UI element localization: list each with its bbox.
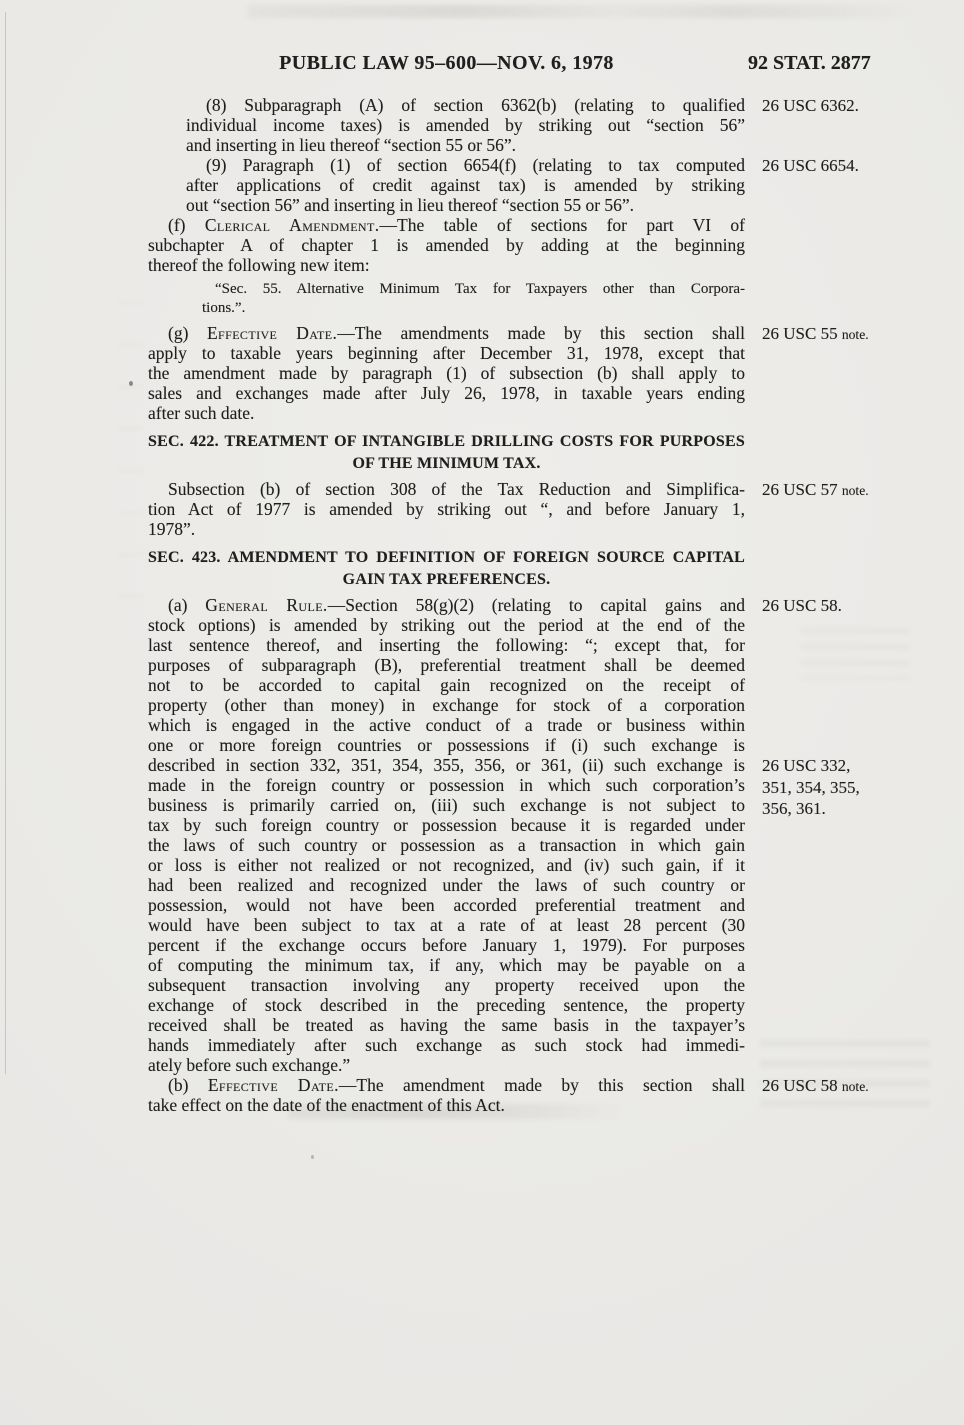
document-body: (8) Subparagraph (A) of section 6362(b) … (148, 95, 745, 1115)
stat-page-number: 92 STAT. 2877 (748, 52, 918, 75)
margin-note-line: 26 USC 57 note. (762, 479, 922, 501)
text-line: possession, would not have been accorded… (148, 895, 745, 915)
margin-note: 26 USC 55 note. (762, 323, 922, 345)
text-line: tax by such foreign country or possessio… (148, 815, 745, 835)
text-line: business is primarily carried on, (iii) … (148, 795, 745, 815)
note-suffix: note. (842, 327, 869, 342)
paragraph: (g) Effective Date.—The amendments made … (148, 323, 745, 423)
margin-note: 26 USC 57 note. (762, 479, 922, 501)
margin-note: 26 USC 58 note. (762, 1075, 922, 1097)
ink-speck (311, 1155, 314, 1159)
paragraph: (a) General Rule.—Section 58(g)(2) (rela… (148, 595, 745, 1075)
text-line: the laws of such country or possession a… (148, 835, 745, 855)
text-line: subchapter A of chapter 1 is amended by … (148, 235, 745, 255)
paragraph: (b) Effective Date.—The amendment made b… (148, 1075, 745, 1115)
text-line: of computing the minimum tax, if any, wh… (148, 955, 745, 975)
text-line: take effect on the date of the enactment… (148, 1095, 745, 1115)
text-line: received shall be treated as having the … (148, 1015, 745, 1035)
bleed-through-smudge (248, 5, 916, 18)
margin-note: 26 USC 6362. (762, 95, 922, 117)
running-header: PUBLIC LAW 95–600—NOV. 6, 1978 92 STAT. … (148, 52, 745, 75)
text-line: had been realized and recognized under t… (148, 875, 745, 895)
margin-note-line: 26 USC 58 note. (762, 1075, 922, 1097)
text-line: and inserting in lieu thereof “section 5… (186, 135, 745, 155)
text-line: made in the foreign country or possessio… (148, 775, 745, 795)
text-line: last sentence thereof, and inserting the… (148, 635, 745, 655)
text-line: one or more foreign countries or possess… (148, 735, 745, 755)
small-caps-text: Clerical Amendment. (205, 215, 380, 235)
text-line: hands immediately after such exchange as… (148, 1035, 745, 1055)
margin-note-line: 356, 361. (762, 798, 922, 820)
text-line: the amendment made by paragraph (1) of s… (148, 363, 745, 383)
text-line: purposes of subparagraph (B), preferenti… (148, 655, 745, 675)
paragraph: (9) Paragraph (1) of section 6654(f) (re… (186, 155, 745, 215)
text-line: stock options) is amended by striking ou… (148, 615, 745, 635)
text-line: exchange of stock described in the prece… (148, 995, 745, 1015)
margin-note-line: 26 USC 6654. (762, 155, 922, 177)
text-line: tion Act of 1977 is amended by striking … (148, 499, 745, 519)
margin-note-line: 26 USC 55 note. (762, 323, 922, 345)
law-title: PUBLIC LAW 95–600—NOV. 6, 1978 (148, 52, 745, 75)
text-line: property (other than money) in exchange … (148, 695, 745, 715)
margin-note: 26 USC 332,351, 354, 355,356, 361. (762, 755, 922, 820)
quoted-item: “Sec. 55. Alternative Minimum Tax for Ta… (202, 280, 745, 318)
heading-line: SEC. 422. TREATMENT OF INTANGIBLE DRILLI… (148, 431, 745, 453)
text-line: apply to taxable years beginning after D… (148, 343, 745, 363)
heading-line: GAIN TAX PREFERENCES. (148, 569, 745, 591)
heading-line: OF THE MINIMUM TAX. (148, 453, 745, 475)
text-line: not to be accorded to capital gain recog… (148, 675, 745, 695)
text-line: or loss is either not realized or not re… (148, 855, 745, 875)
bleed-through-smudge (118, 300, 144, 630)
note-suffix: note. (842, 1079, 869, 1094)
text-line: (g) Effective Date.—The amendments made … (148, 323, 745, 343)
text-line: described in section 332, 351, 354, 355,… (148, 755, 745, 775)
margin-note: 26 USC 58. (762, 595, 922, 617)
text-line: (a) General Rule.—Section 58(g)(2) (rela… (148, 595, 745, 615)
document-page: PUBLIC LAW 95–600—NOV. 6, 1978 92 STAT. … (0, 0, 964, 1425)
note-suffix: note. (842, 483, 869, 498)
text-line: percent if the exchange occurs before Ja… (148, 935, 745, 955)
text-line: 1978”. (148, 519, 745, 539)
text-line: out “section 56” and inserting in lieu t… (186, 195, 745, 215)
paragraph: (8) Subparagraph (A) of section 6362(b) … (186, 95, 745, 155)
scan-edge-line (5, 12, 6, 1074)
text-line: (8) Subparagraph (A) of section 6362(b) … (186, 95, 745, 115)
small-caps-text: General Rule. (205, 595, 327, 615)
text-line: “Sec. 55. Alternative Minimum Tax for Ta… (202, 280, 745, 299)
paragraph: Subsection (b) of section 308 of the Tax… (148, 479, 745, 539)
text-line: sales and exchanges made after July 26, … (148, 383, 745, 403)
text-line: ately before such exchange.” (148, 1055, 745, 1075)
text-line: (b) Effective Date.—The amendment made b… (148, 1075, 745, 1095)
small-caps-text: Effective Date. (208, 1075, 339, 1095)
text-line: which is engaged in the active conduct o… (148, 715, 745, 735)
section-heading: SEC. 422. TREATMENT OF INTANGIBLE DRILLI… (148, 431, 745, 475)
text-line: thereof the following new item: (148, 255, 745, 275)
bleed-through-smudge (800, 628, 910, 680)
text-line: (f) Clerical Amendment.—The table of sec… (148, 215, 745, 235)
margin-note-line: 26 USC 332, (762, 755, 922, 777)
section-heading: SEC. 423. AMENDMENT TO DEFINITION OF FOR… (148, 547, 745, 591)
text-line: tions.”. (202, 299, 745, 318)
heading-line: SEC. 423. AMENDMENT TO DEFINITION OF FOR… (148, 547, 745, 569)
text-line: would have been subject to tax at a rate… (148, 915, 745, 935)
margin-note: 26 USC 6654. (762, 155, 922, 177)
paragraph: (f) Clerical Amendment.—The table of sec… (148, 215, 745, 275)
text-line: after applications of credit against tax… (186, 175, 745, 195)
ink-speck (129, 381, 133, 386)
text-line: after such date. (148, 403, 745, 423)
margin-note-line: 351, 354, 355, (762, 777, 922, 799)
text-line: (9) Paragraph (1) of section 6654(f) (re… (186, 155, 745, 175)
text-line: individual income taxes) is amended by s… (186, 115, 745, 135)
text-line: subsequent transaction involving any pro… (148, 975, 745, 995)
text-line: Subsection (b) of section 308 of the Tax… (148, 479, 745, 499)
margin-note-line: 26 USC 6362. (762, 95, 922, 117)
small-caps-text: Effective Date. (207, 323, 337, 343)
margin-note-line: 26 USC 58. (762, 595, 922, 617)
